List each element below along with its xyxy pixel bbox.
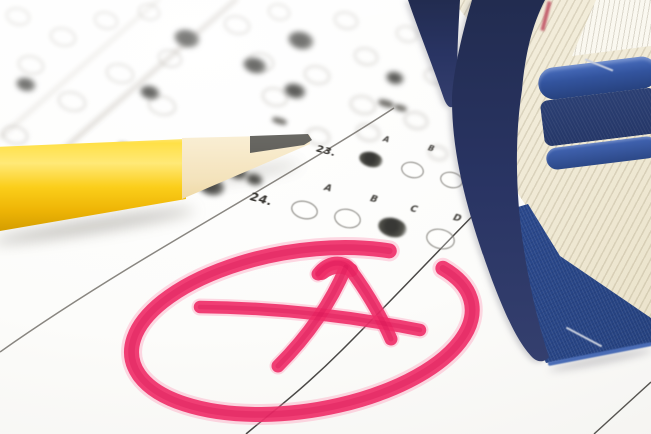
book-top-cover-edge bbox=[408, 0, 460, 107]
book-cover-edge bbox=[452, 0, 549, 361]
photo-graded-exam: 23. A B C 24. A B C D bbox=[0, 0, 651, 434]
book-cover-edges bbox=[0, 0, 651, 434]
